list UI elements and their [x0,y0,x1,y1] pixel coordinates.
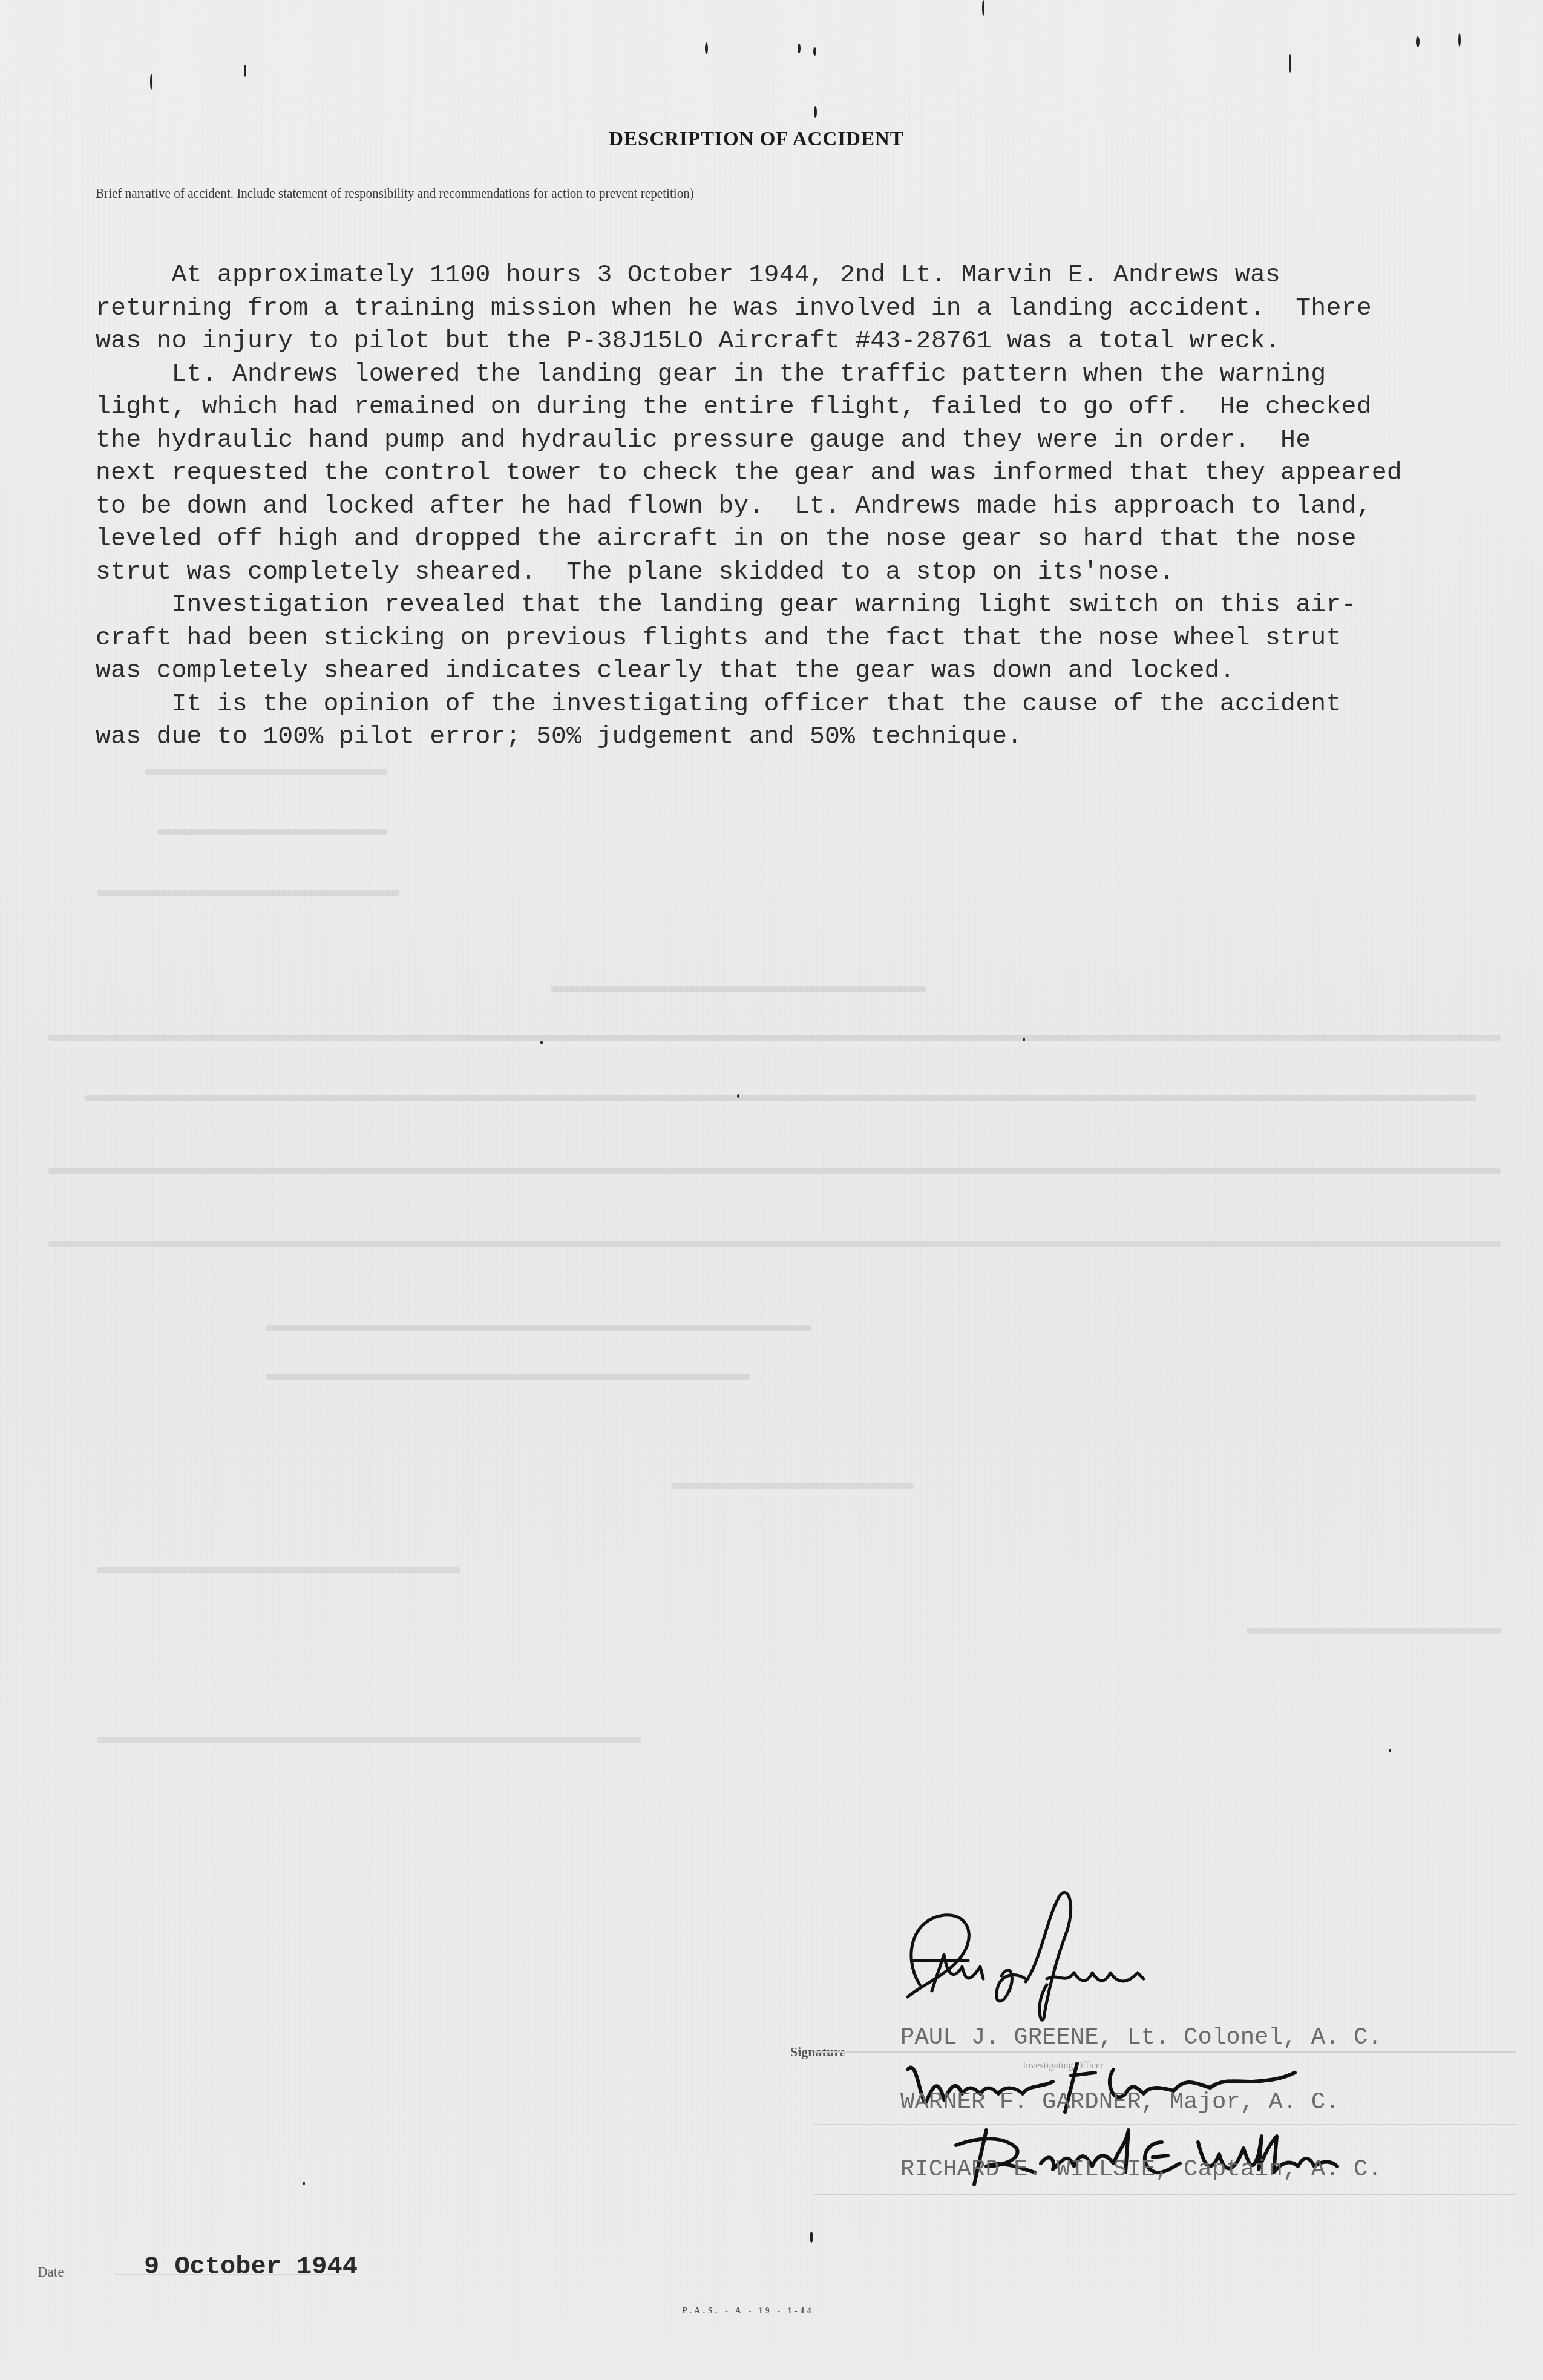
scan-speck [798,44,801,53]
narrative-line: At approximately 1100 hours 3 October 19… [96,259,1505,292]
narrative-line: was no injury to pilot but the P-38J15LO… [96,325,1505,358]
narrative-line: strut was completely sheared. The plane … [96,556,1505,589]
scan-speck [1289,54,1291,73]
date-label: Date [38,2264,64,2280]
scan-speck [540,1041,543,1044]
handwritten-signature-greene [896,1882,1271,2027]
form-code: P.A.S. - A - 19 - 1-44 [683,2307,814,2316]
narrative-line: Lt. Andrews lowered the landing gear in … [96,358,1505,392]
form-instructions: Brief narrative of accident. Include sta… [96,186,694,202]
scan-speck [1023,1038,1025,1041]
narrative-line: Investigation revealed that the landing … [96,589,1505,622]
signer-name-2: WARNER F. GARDNER, Major, A. C. [900,2089,1340,2116]
signature-line [814,2194,1516,2195]
scan-speck [1416,36,1420,47]
narrative-line: to be down and locked after he had flown… [96,490,1505,523]
scan-speck [814,106,817,118]
signature-line [814,2124,1516,2125]
accident-narrative: At approximately 1100 hours 3 October 19… [96,259,1505,754]
bleed-through-texture [36,756,1513,1846]
date-value: 9 October 1944 [144,2252,358,2281]
signature-line [814,2051,1516,2053]
scan-speck [810,2232,813,2243]
narrative-line: the hydraulic hand pump and hydraulic pr… [96,424,1505,457]
scan-speck [1458,33,1461,47]
document-page: DESCRIPTION OF ACCIDENT Brief narrative … [0,0,1543,2380]
signer-name-3: RICHARD E. WILLSIE, Captain, A. C. [900,2156,1382,2183]
scan-speck [1389,1749,1391,1752]
narrative-line: It is the opinion of the investigating o… [96,688,1505,721]
narrative-line: was due to 100% pilot error; 50% judgeme… [96,721,1505,754]
investigating-officer-caption: Investigating Officer [1023,2060,1103,2071]
signer-name-1: PAUL J. GREENE, Lt. Colonel, A. C. [900,2024,1382,2051]
scan-speck [303,2182,305,2185]
narrative-line: craft had been sticking on previous flig… [96,622,1505,655]
scan-speck [150,74,152,90]
scan-speck [982,0,984,16]
narrative-line: was completely sheared indicates clearly… [96,655,1505,688]
scan-speck [705,42,708,54]
narrative-line: light, which had remained on during the … [96,391,1505,424]
scan-speck [737,1094,739,1098]
narrative-line: next requested the control tower to chec… [96,457,1505,490]
scan-speck [813,47,816,56]
scan-speck [244,65,246,77]
narrative-line: returning from a training mission when h… [96,292,1505,326]
document-title: DESCRIPTION OF ACCIDENT [0,128,1513,151]
narrative-line: leveled off high and dropped the aircraf… [96,523,1505,556]
